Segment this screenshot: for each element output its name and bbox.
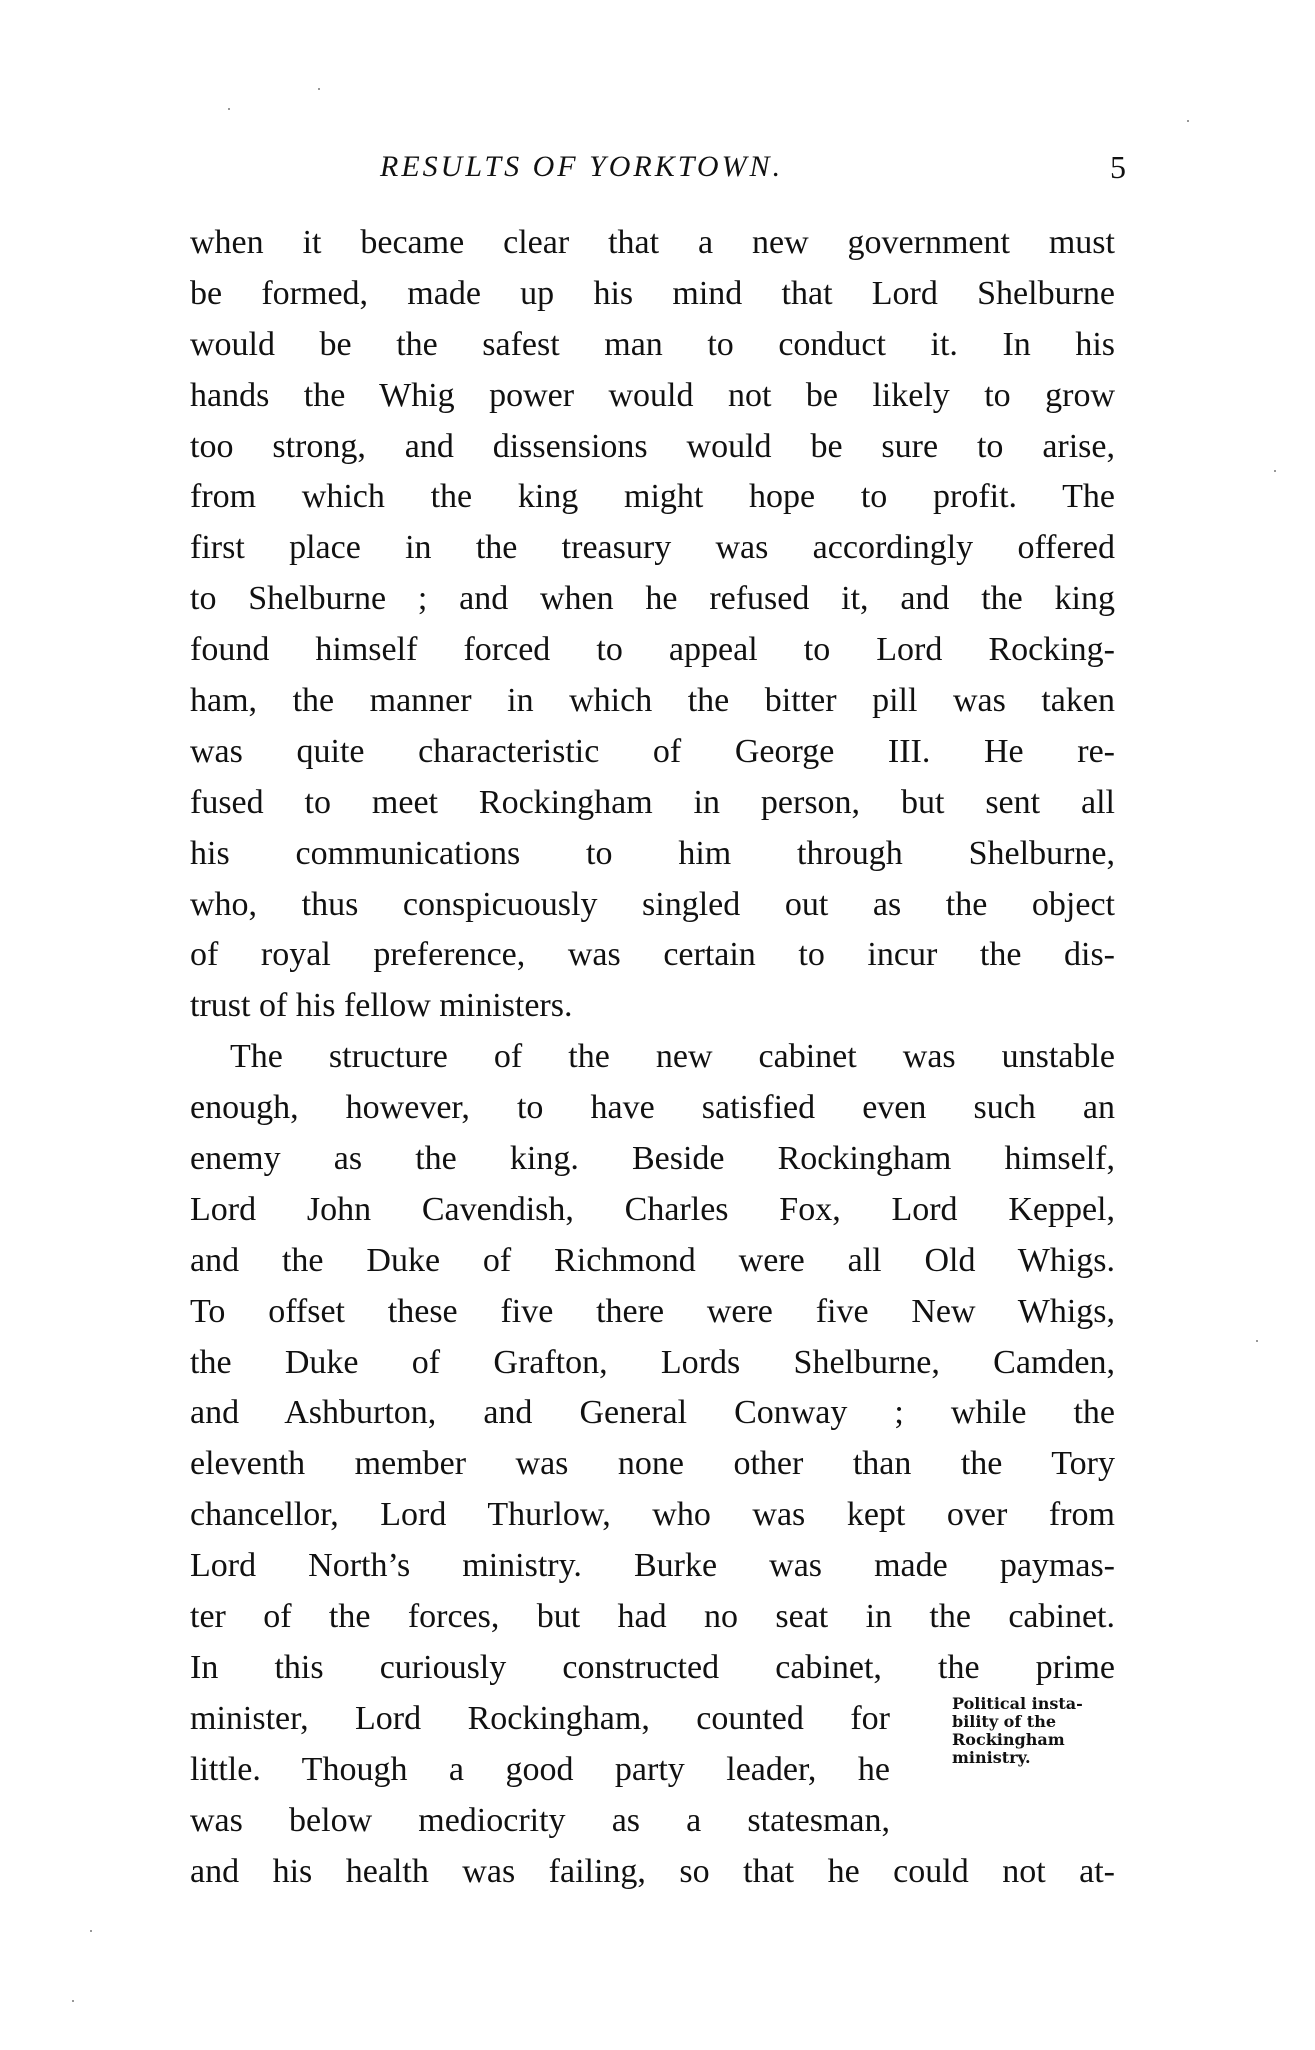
margin-sidenote: Political insta- bility of the Rockingha… — [952, 1695, 1127, 1767]
text-line: little. Though a good party leader, he — [190, 1745, 890, 1796]
scan-speck — [1274, 470, 1276, 472]
scan-speck — [228, 108, 230, 110]
sidenote-line: Political insta- — [952, 1695, 1127, 1713]
text-line: who, thus conspicuously singled out as t… — [190, 880, 1115, 931]
text-line: fused to meet Rockingham in person, but … — [190, 778, 1115, 829]
text-line: found himself forced to appeal to Lord R… — [190, 625, 1115, 676]
scan-speck — [1256, 1340, 1258, 1342]
sidenote-line: ministry. — [952, 1749, 1127, 1767]
text-line: In this curiously constructed cabinet, t… — [190, 1643, 1115, 1694]
book-page: RESULTS OF YORKTOWN. 5 when it became cl… — [0, 0, 1315, 2050]
text-line: To offset these five there were five New… — [190, 1287, 1115, 1338]
text-line: ham, the manner in which the bitter pill… — [190, 676, 1115, 727]
text-line: The structure of the new cabinet was uns… — [190, 1032, 1115, 1083]
text-line: chancellor, Lord Thurlow, who was kept o… — [190, 1490, 1115, 1541]
text-line: his communications to him through Shelbu… — [190, 829, 1115, 880]
text-line: would be the safest man to conduct it. I… — [190, 320, 1115, 371]
text-line: enemy as the king. Beside Rockingham him… — [190, 1134, 1115, 1185]
text-line: too strong, and dissensions would be sur… — [190, 422, 1115, 473]
sidenote-line: Rockingham — [952, 1731, 1127, 1749]
sidenote-line: bility of the — [952, 1713, 1127, 1731]
running-title: RESULTS OF YORKTOWN. — [380, 145, 783, 189]
text-line: eleventh member was none other than the … — [190, 1439, 1115, 1490]
scan-speck — [318, 88, 320, 90]
scan-speck — [72, 2000, 74, 2002]
text-line: from which the king might hope to profit… — [190, 472, 1115, 523]
text-line: Lord John Cavendish, Charles Fox, Lord K… — [190, 1185, 1115, 1236]
text-line: was quite characteristic of George III. … — [190, 727, 1115, 778]
paragraph-2: The structure of the new cabinet was uns… — [190, 1032, 1115, 1897]
text-line: of royal preference, was certain to incu… — [190, 930, 1115, 981]
text-line: first place in the treasury was accordin… — [190, 523, 1115, 574]
text-line: when it became clear that a new governme… — [190, 218, 1115, 269]
text-line: ter of the forces, but had no seat in th… — [190, 1592, 1115, 1643]
text-line: be formed, made up his mind that Lord Sh… — [190, 269, 1115, 320]
text-line: and Ashburton, and General Conway ; whil… — [190, 1388, 1115, 1439]
text-line: enough, however, to have satisfied even … — [190, 1083, 1115, 1134]
scan-speck — [90, 1930, 92, 1932]
text-line: Lord North’s ministry. Burke was made pa… — [190, 1541, 1115, 1592]
text-line: to Shelburne ; and when he refused it, a… — [190, 574, 1115, 625]
running-head: RESULTS OF YORKTOWN. 5 — [190, 145, 1130, 189]
text-line: and his health was failing, so that he c… — [190, 1847, 1115, 1898]
text-line: trust of his fellow ministers. — [190, 981, 1115, 1032]
text-line: minister, Lord Rockingham, counted for — [190, 1694, 890, 1745]
text-line: the Duke of Grafton, Lords Shelburne, Ca… — [190, 1338, 1115, 1389]
text-line: was below mediocrity as a statesman, — [190, 1796, 890, 1847]
paragraph-1: when it became clear that a new governme… — [190, 218, 1115, 1032]
text-line: and the Duke of Richmond were all Old Wh… — [190, 1236, 1115, 1287]
scan-speck — [1187, 120, 1189, 122]
page-number: 5 — [1110, 145, 1126, 189]
text-line: hands the Whig power would not be likely… — [190, 371, 1115, 422]
body-text: when it became clear that a new governme… — [190, 218, 1115, 1897]
